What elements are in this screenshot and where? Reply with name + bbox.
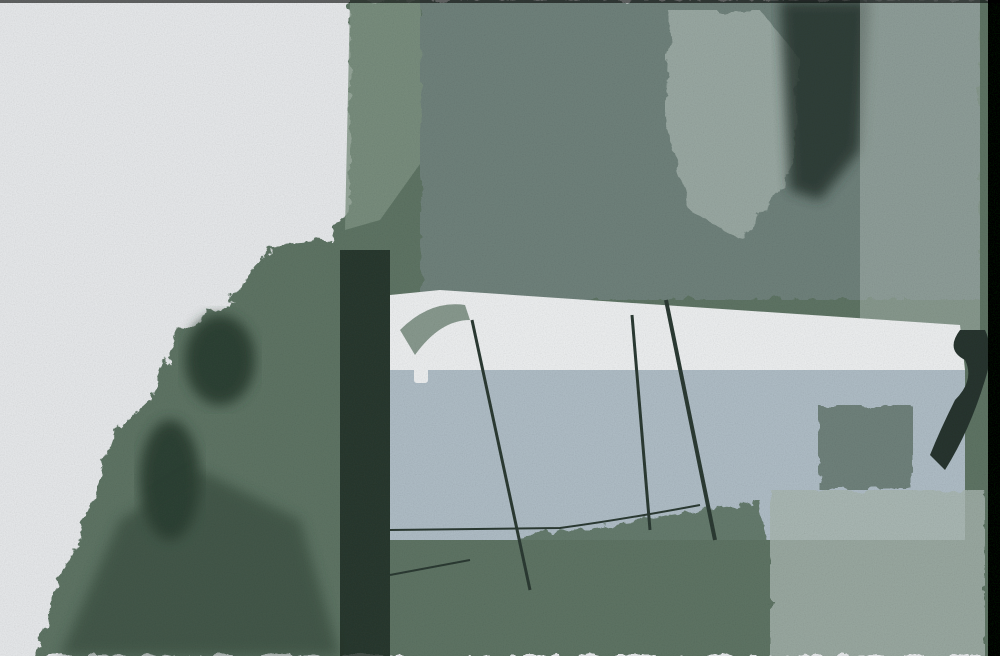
window-shadow bbox=[818, 405, 913, 490]
eave-ornament bbox=[414, 365, 428, 383]
foreground-rock bbox=[770, 490, 985, 656]
dark-vertical-band bbox=[340, 250, 390, 656]
rock-slab bbox=[860, 0, 980, 330]
film-edge bbox=[988, 0, 1000, 656]
dark-bush bbox=[185, 315, 255, 405]
photograph: Double exposure of a green cliff and a w… bbox=[0, 0, 1000, 656]
photo-scene bbox=[0, 0, 1000, 656]
film-edge-top bbox=[0, 0, 1000, 3]
